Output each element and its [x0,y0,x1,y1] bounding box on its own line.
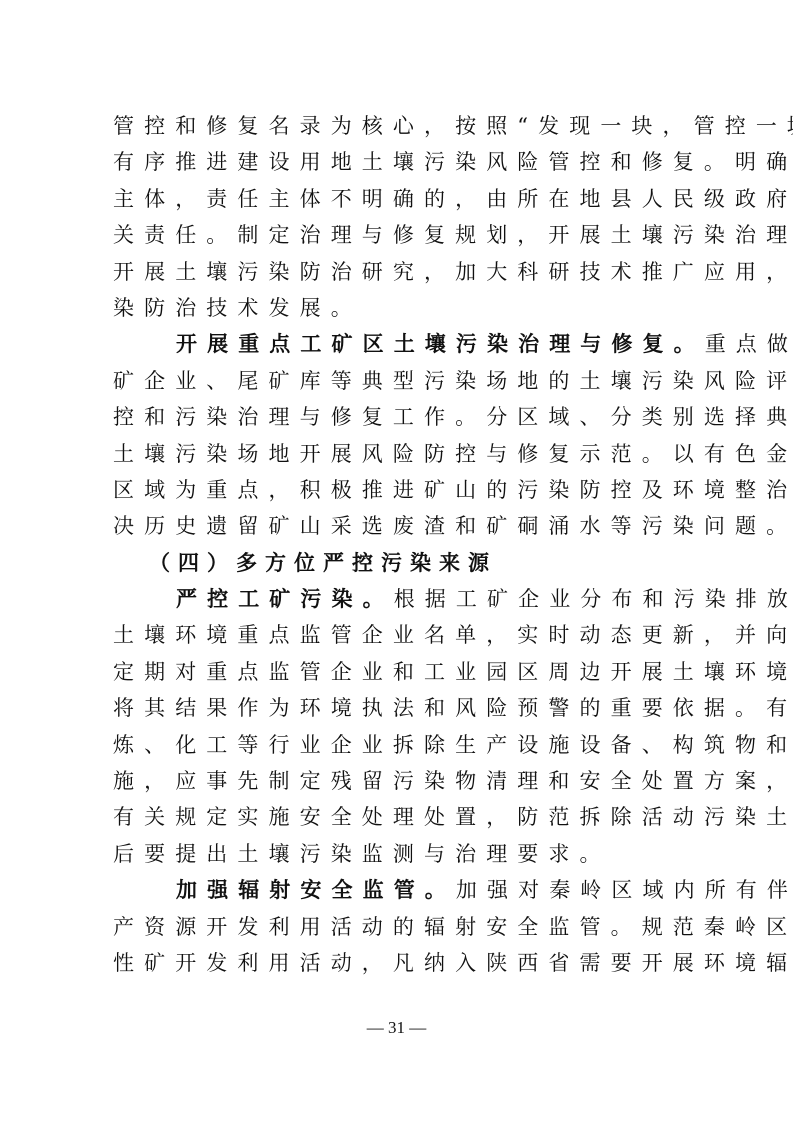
paragraph-lead: 严控工矿污染。根据工矿企业分布和污染排放情况，确定 [113,581,683,617]
text-line: 土壤污染场地开展风险防控与修复示范。以有色金属采选集中 [113,436,683,472]
text-line: 区域为重点，积极推进矿山的污染防控及环境整治和修复，解 [113,472,683,508]
text-line: 有关规定实施安全处理处置，防范拆除活动污染土壤，拆除之 [113,799,683,835]
paragraph-lead-bold: 严控工矿污染。 [176,587,394,611]
text-line: 性矿开发利用活动，凡纳入陕西省需要开展环境辐射监测的伴 [113,945,683,981]
text-line: 有序推进建设用地土壤污染风险管控和修复。明确治理与修复 [113,144,683,180]
paragraph-lead-rest: 重点做好重污染工 [705,332,793,356]
text-line: 开展土壤污染防治研究，加大科研技术推广应用，促进土壤污 [113,254,683,290]
text-line: 将其结果作为环境执法和风险预警的重要依据。有色金属冶 [113,690,683,726]
body-text: 管控和修复名录为核心，按照“发现一块，管控一块”的原则， 有序推进建设用地土壤污… [113,108,683,981]
document-page: 管控和修复名录为核心，按照“发现一块，管控一块”的原则， 有序推进建设用地土壤污… [0,0,793,1122]
paragraph-lead: 开展重点工矿区土壤污染治理与修复。重点做好重污染工 [113,326,683,362]
paragraph-lead-rest: 加强对秦岭区域内所有伴生放射性矿 [456,878,793,902]
text-line: 关责任。制定治理与修复规划，开展土壤污染治理与修复试点。 [113,217,683,253]
paragraph-lead: 加强辐射安全监管。加强对秦岭区域内所有伴生放射性矿 [113,872,683,908]
page-number: — 31 — [0,1018,793,1038]
text-line: 决历史遗留矿山采选废渣和矿硐涌水等污染问题。 [113,508,683,544]
text-line: 产资源开发利用活动的辐射安全监管。规范秦岭区域伴生放射 [113,909,683,945]
text-line: 控和污染治理与修复工作。分区域、分类别选择典型代表性的 [113,399,683,435]
paragraph-lead-bold: 开展重点工矿区土壤污染治理与修复。 [176,332,705,356]
text-line: 主体，责任主体不明确的，由所在地县人民级政府依法承担相 [113,181,683,217]
paragraph-lead-rest: 根据工矿企业分布和污染排放情况，确定 [394,587,793,611]
text-line: 定期对重点监管企业和工业园区周边开展土壤环境质量监测， [113,654,683,690]
text-line: 管控和修复名录为核心，按照“发现一块，管控一块”的原则， [113,108,683,144]
text-line: 土壤环境重点监管企业名单，实时动态更新，并向社会公布。 [113,617,683,653]
paragraph-lead-bold: 加强辐射安全监管。 [176,878,456,902]
text-line: 染防治技术发展。 [113,290,683,326]
text-line: 后要提出土壤污染监测与治理要求。 [113,836,683,872]
text-line: 炼、化工等行业企业拆除生产设施设备、构筑物和污染治理设 [113,727,683,763]
section-heading: （四）多方位严控污染来源 [113,545,683,581]
text-line: 施，应事先制定残留污染物清理和安全处置方案，并严格按照 [113,763,683,799]
text-line: 矿企业、尾矿库等典型污染场地的土壤污染风险评估、风险防 [113,363,683,399]
